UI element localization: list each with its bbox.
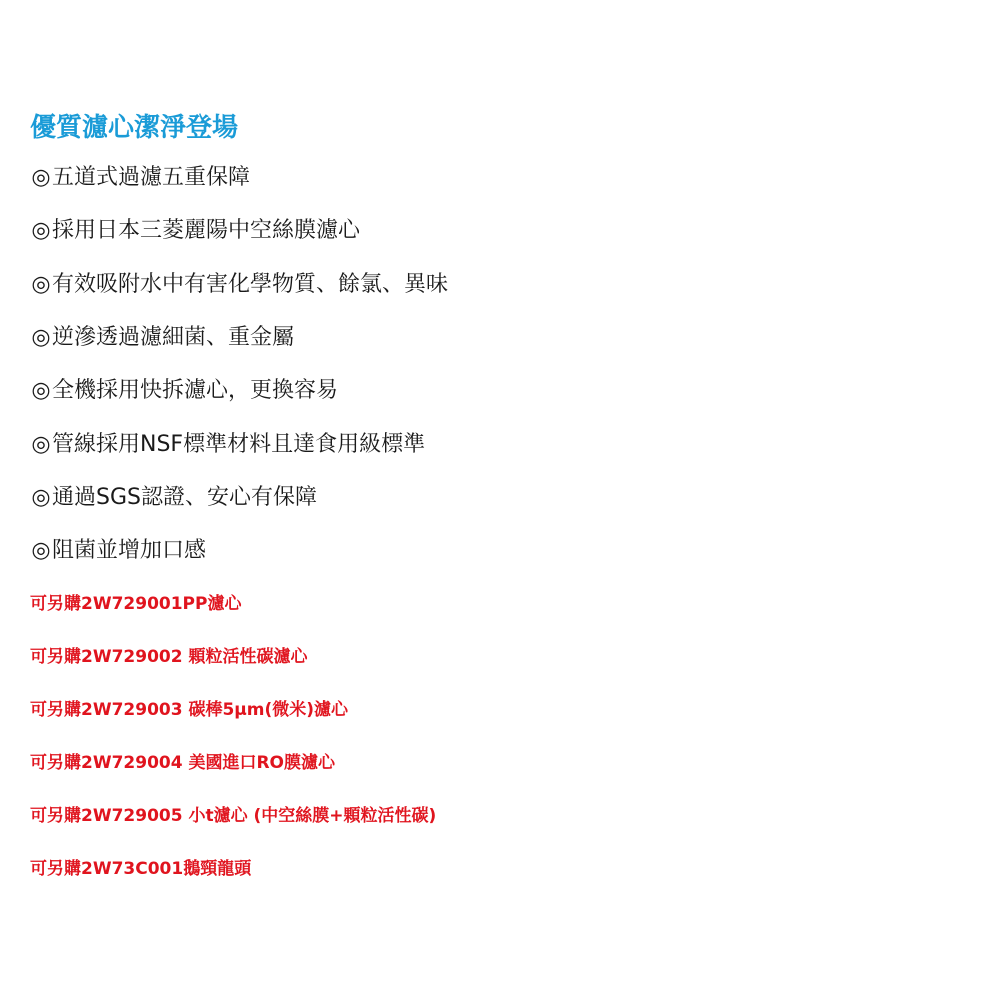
feature-item: ◎有效吸附水中有害化學物質、餘氯、異味 [30, 270, 448, 300]
feature-text: 有效吸附水中有害化學物質、餘氯、異味 [52, 272, 448, 297]
feature-item: ◎採用日本三菱麗陽中空絲膜濾心 [30, 216, 360, 246]
double-circle-bullet-icon: ◎ [30, 376, 52, 406]
feature-text: 阻菌並增加口感 [52, 538, 206, 563]
accessory-item: 可另購2W729001PP濾心 [30, 592, 241, 616]
double-circle-bullet-icon: ◎ [30, 483, 52, 513]
double-circle-bullet-icon: ◎ [30, 323, 52, 353]
accessory-item: 可另購2W729004 美國進口RO膜濾心 [30, 751, 335, 775]
section-title: 優質濾心潔淨登場 [30, 111, 238, 145]
double-circle-bullet-icon: ◎ [30, 536, 52, 566]
double-circle-bullet-icon: ◎ [30, 270, 52, 300]
accessory-item: 可另購2W729003 碳棒5μm(微米)濾心 [30, 698, 348, 722]
accessory-item: 可另購2W729002 顆粒活性碳濾心 [30, 645, 307, 669]
feature-item: ◎五道式過濾五重保障 [30, 163, 250, 193]
feature-text: 管線採用NSF標準材料且達食用級標準 [52, 432, 425, 457]
double-circle-bullet-icon: ◎ [30, 216, 52, 246]
double-circle-bullet-icon: ◎ [30, 163, 52, 193]
feature-text: 採用日本三菱麗陽中空絲膜濾心 [52, 218, 360, 243]
feature-item: ◎阻菌並增加口感 [30, 536, 206, 566]
double-circle-bullet-icon: ◎ [30, 430, 52, 460]
accessory-item: 可另購2W73C001鵝頸龍頭 [30, 857, 251, 881]
feature-item: ◎全機採用快拆濾心，更換容易 [30, 376, 338, 406]
feature-text: 全機採用快拆濾心，更換容易 [52, 378, 338, 403]
feature-item: ◎管線採用NSF標準材料且達食用級標準 [30, 430, 425, 460]
accessory-item: 可另購2W729005 小t濾心 (中空絲膜+顆粒活性碳) [30, 804, 436, 828]
feature-text: 逆滲透過濾細菌、重金屬 [52, 325, 294, 350]
feature-item: ◎逆滲透過濾細菌、重金屬 [30, 323, 294, 353]
feature-text: 通過SGS認證、安心有保障 [52, 485, 317, 510]
feature-item: ◎通過SGS認證、安心有保障 [30, 483, 317, 513]
feature-text: 五道式過濾五重保障 [52, 165, 250, 190]
